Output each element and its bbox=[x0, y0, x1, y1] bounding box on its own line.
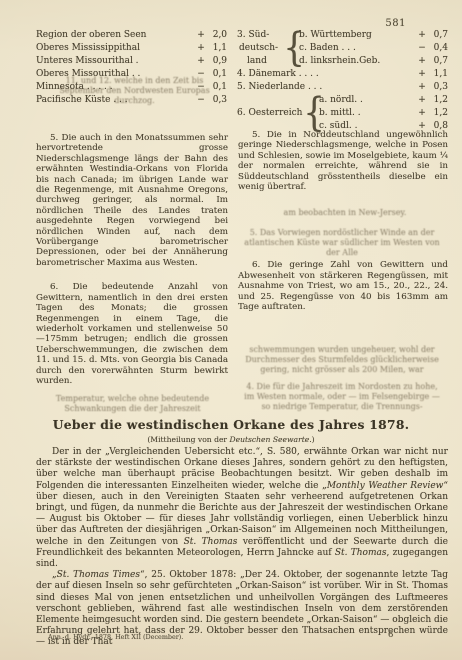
rainfall-anomaly-lists: Region der oberen Seen+2,0 Oberes Missis… bbox=[36, 29, 448, 133]
bleed-through-text: 4. Die für die Jahreszeit im Nordosten z… bbox=[242, 382, 442, 412]
list-item: a. nördl. .+1,2 bbox=[319, 94, 448, 107]
list-item: Oberes Mississippithal+1,1 bbox=[36, 42, 227, 55]
article-paragraph-1: Der in der „Vergleichenden Uebersicht et… bbox=[36, 447, 448, 570]
scanned-journal-page: 11. und 12. welche in den Zeit bis Septe… bbox=[0, 0, 462, 660]
list-item: Region der oberen Seen+2,0 bbox=[36, 29, 227, 42]
list-item: Pacifische Küste . . .−0,3 bbox=[36, 94, 227, 107]
list-item: Minnesota . . . . .−0,1 bbox=[36, 81, 227, 94]
paragraph-right-5: 5. Die in Norddeutschland ungewöhnlich g… bbox=[238, 130, 448, 192]
sheet-number: 6 bbox=[388, 630, 393, 640]
list-item: c. Baden . . .−0,4 bbox=[299, 42, 448, 55]
left-column-paragraphs: 5. Die auch in den Monatssummen sehr her… bbox=[36, 133, 228, 386]
list-item: b. Württemberg+0,7 bbox=[299, 29, 448, 42]
list-group-oesterreich: 6. Oesterreich { a. nördl. .+1,2 b. mitt… bbox=[237, 94, 448, 133]
article-subtitle: (Mittheilung von der Deutschen Seewarte.… bbox=[0, 435, 462, 444]
brace-glyph: { bbox=[289, 26, 299, 71]
paragraph-left-5: 5. Die auch in den Monatssummen sehr her… bbox=[36, 133, 228, 268]
paragraph-right-6: 6. Die geringe Zahl von Gewittern und Ab… bbox=[238, 260, 448, 312]
bleed-through-text: schwemmungen wurden ungeheuer, wohl der … bbox=[242, 345, 442, 375]
article-body: Der in der „Vergleichenden Uebersicht et… bbox=[36, 447, 448, 649]
page-number: 581 bbox=[385, 18, 406, 29]
right-column-paragraphs: 5. Die in Norddeutschland ungewöhnlich g… bbox=[238, 130, 448, 312]
list-item: d. linksrhein.Geb.+0,7 bbox=[299, 55, 448, 68]
article-title: Ueber die westindischen Orkane des Jahre… bbox=[0, 417, 462, 432]
bleed-through-text: Temperatur, welche ohne bedeutende Schwa… bbox=[40, 394, 225, 414]
journal-signature: Ann. d. Hydr., 1878, Heft XII (December)… bbox=[48, 633, 183, 641]
paragraph-left-6: 6. Die bedeutende Anzahl von Gewittern, … bbox=[36, 282, 228, 386]
list-item: Unteres Missourithal .+0,9 bbox=[36, 55, 227, 68]
anomaly-list-us-regions: Region der oberen Seen+2,0 Oberes Missis… bbox=[36, 29, 227, 133]
list-item: 4. Dänemark . . . .+1,1 bbox=[237, 68, 448, 81]
list-group-sueddeutschland: 3. Süd- deutsch- land { b. Württemberg+0… bbox=[237, 29, 448, 68]
anomaly-list-europe-regions: 3. Süd- deutsch- land { b. Württemberg+0… bbox=[237, 29, 448, 133]
list-item: 5. Niederlande . . .+0,3 bbox=[237, 81, 448, 94]
list-item: b. mittl. .+1,2 bbox=[319, 107, 448, 120]
list-item: Oberes Missourithal . .−0,1 bbox=[36, 68, 227, 81]
